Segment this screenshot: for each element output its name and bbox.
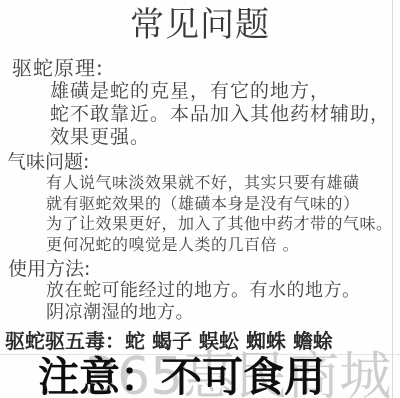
warning-text: 注意：不可食用 — [0, 355, 400, 398]
body-line: 蛇不敢靠近。本品加入其他药材辅助， — [0, 103, 400, 126]
page-title: 常见问题 — [0, 0, 400, 47]
body-line: 就有驱蛇效果的（雄磺本身是没有气味的） — [0, 194, 400, 215]
body-line: 有人说气味淡效果就不好，其实只要有雄磺 — [0, 173, 400, 194]
section-heading-repel-principle: 驱蛇原理: — [0, 56, 400, 80]
section-repel-principle: 驱蛇原理: 雄磺是蛇的克星，有它的地方， 蛇不敢靠近。本品加入其他药材辅助， 效… — [0, 56, 400, 149]
body-line: 放在蛇可能经过的地方。有水的地方。 — [0, 280, 400, 302]
warning-area: 365惠民商城 注意：不可食用 — [0, 354, 400, 398]
section-odor-question: 气味问题: 有人说气味淡效果就不好，其实只要有雄磺 就有驱蛇效果的（雄磺本身是没… — [0, 151, 400, 255]
section-usage-method: 使用方法: 放在蛇可能经过的地方。有水的地方。 阴凉潮湿的地方。 — [0, 258, 400, 324]
faq-page: 常见问题 驱蛇原理: 雄磺是蛇的克星，有它的地方， 蛇不敢靠近。本品加入其他药材… — [0, 0, 400, 398]
body-line: 效果更强。 — [0, 126, 400, 149]
body-line: 为了让效果更好，加入了其他中药才带的气味。 — [0, 214, 400, 235]
section-heading-odor-question: 气味问题: — [0, 151, 400, 173]
body-line: 阴凉潮湿的地方。 — [0, 302, 400, 324]
right-border-line — [392, 0, 393, 398]
body-line: 雄磺是蛇的克星，有它的地方， — [0, 80, 400, 103]
section-heading-usage-method: 使用方法: — [0, 258, 400, 280]
body-line: 更何况蛇的嗅觉是人类的几百倍 。 — [0, 235, 400, 256]
